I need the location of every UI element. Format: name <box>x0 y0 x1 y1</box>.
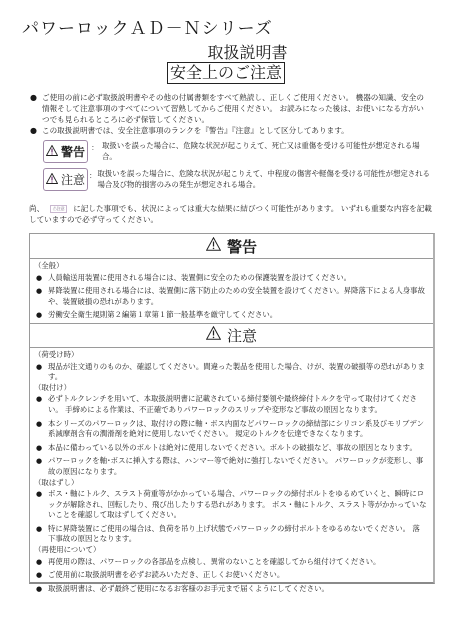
legend-colon: ： <box>88 139 102 153</box>
bullet-icon: ● <box>36 419 42 430</box>
list-item: ●ボス・軸にトルク、スラスト荷重等がかかっている場合、パワーロックの締付ボルトを… <box>34 489 427 521</box>
warning-badge: 警告 <box>43 140 88 163</box>
list-item: ●ご使用前に取扱説明書を必ずお読みいただき、正しくお使いください。 <box>34 570 427 581</box>
item-text: ご使用前に取扱説明書を必ずお読みいただき、正しくお使いください。 <box>48 570 284 579</box>
intro-item: ● この取扱説明書では、安全注意事項のランクを『警告』『注意』として区分してあり… <box>30 125 430 136</box>
category-label: （再使用について） <box>34 545 427 556</box>
list-item: ●必ずトルクレンチを用いて、本取扱説明書に記載されている締付要領や最終締付トルク… <box>34 394 427 415</box>
note-text: に記した事項でも、状況によっては重大な結果に結びつく可能性があります。 いずれも… <box>29 204 432 224</box>
bullet-icon: ● <box>30 125 37 136</box>
item-text: 昇降装置に使用される場合には、装置側に落下防止のための安全装置を設けてください。… <box>48 286 425 306</box>
intro-section: ● ご使用の前に必ず取扱説明書やその他の付属書類をすべて熟読し、正しくご使用くだ… <box>30 92 430 136</box>
list-item: ●現品が注文通りのものか、確認してください。間違った製品を使用した場合、けが、装… <box>34 362 427 383</box>
list-item: ●労働安全衛生規則第２編第１章第１節一般基準を厳守してください。 <box>34 310 427 321</box>
bullet-icon: ● <box>36 456 42 467</box>
bullet-icon: ● <box>36 310 42 321</box>
category-label: （取はずし） <box>34 478 427 489</box>
intro-text: この取扱説明書では、安全注意事項のランクを『警告』『注意』として区分してあります… <box>42 126 349 135</box>
bullet-icon: ● <box>36 584 42 595</box>
item-text: ボス・軸にトルク、スラスト荷重等がかかっている場合、パワーロックの締付ボルトをゆ… <box>48 489 426 519</box>
category-label: （取付け） <box>34 383 427 394</box>
caution-definition: 取扱いを誤った場合に、危険な状況が起こりえて、中程度の傷害や軽傷を受ける可能性が… <box>97 167 433 190</box>
legend-colon: ： <box>88 167 97 181</box>
note-paragraph: 尚、⚠注意に記した事項でも、状況によっては重大な結果に結びつく可能性があります。… <box>29 203 434 225</box>
list-item: ●人員輸送用装置に使用される場合には、装置側に安全のための保護装置を設けてくださ… <box>34 273 427 284</box>
warning-triangle-icon <box>46 145 58 159</box>
list-item: ●特に昇降装置にご使用の場合は、負荷を吊り上げ状態でパワーロックの締付ボルトをゆ… <box>34 524 427 545</box>
manual-title: 取扱説明書 <box>0 40 455 63</box>
item-text: 人員輸送用装置に使用される場合には、装置側に安全のための保護装置を設けてください… <box>48 273 351 282</box>
item-text: 現品が注文通りのものか、確認してください。間違った製品を使用した場合、けが、装置… <box>48 362 425 382</box>
item-text: 労働安全衛生規則第２編第１章第１節一般基準を厳守してください。 <box>48 310 277 319</box>
safety-precautions-title: 安全上のご注意 <box>167 62 285 84</box>
category-label: （荷受け時） <box>34 350 427 361</box>
warning-definition: 取扱いを誤った場合に、危険な状況が起こりえて、死亡又は重傷を受ける可能性が想定さ… <box>102 139 433 162</box>
item-text: 取扱説明書は、必ず最終ご使用になるお客様のお手元まで届くようにしてください。 <box>48 584 329 593</box>
warning-triangle-icon <box>206 326 221 344</box>
item-text: 再使用の際は、パワーロックの各部品を点検し、異常のないことを確認してから組付けて… <box>48 557 380 566</box>
precautions-box: 警告 （全般） ●人員輸送用装置に使用される場合には、装置側に安全のための保護装… <box>29 233 435 584</box>
bullet-icon: ● <box>36 570 42 581</box>
warning-triangle-icon <box>206 237 221 255</box>
bullet-icon: ● <box>36 273 42 284</box>
caution-badge: 注意 <box>43 168 88 191</box>
list-item: ●パワーロックを軸･ボスに挿入する際は、ハンマー等で絶対に強打しないでください。… <box>34 456 427 477</box>
caution-mini-icon: ⚠注意 <box>50 205 67 213</box>
warning-body: （全般） ●人員輸送用装置に使用される場合には、装置側に安全のための保護装置を設… <box>30 259 433 323</box>
warning-label: 警告 <box>61 143 85 160</box>
intro-item: ● ご使用の前に必ず取扱説明書やその他の付属書類をすべて熟読し、正しくご使用くだ… <box>30 92 430 125</box>
item-text: 特に昇降装置にご使用の場合は、負荷を吊り上げ状態でパワーロックの締付ボルトをゆる… <box>48 524 420 544</box>
list-item: ●本品に備わっている以外のボルトは絶対に使用しないでください。ボルトの破損など、… <box>34 443 427 454</box>
caution-heading-label: 注意 <box>227 325 257 346</box>
category-label: （全般） <box>34 261 427 272</box>
bullet-icon: ● <box>36 489 42 500</box>
severity-legend: 警告 ： 取扱いを誤った場合に、危険な状況が起こりえて、死亡又は重傷を受ける可能… <box>43 139 433 195</box>
legend-row-caution: 注意 ： 取扱いを誤った場合に、危険な状況が起こりえて、中程度の傷害や軽傷を受け… <box>43 167 433 195</box>
item-text: 本品に備わっている以外のボルトは絶対に使用しないでください。ボルトの破損など、事… <box>48 443 417 452</box>
item-text: 必ずトルクレンチを用いて、本取扱説明書に記載されている締付要領や最終締付トルクを… <box>48 394 417 414</box>
bullet-icon: ● <box>36 286 42 297</box>
list-item: ●本シリーズのパワーロックは、取付けの際に軸・ボス内面などパワーロックの締結部に… <box>34 419 427 440</box>
list-item: ●再使用の際は、パワーロックの各部品を点検し、異常のないことを確認してから組付け… <box>34 557 427 568</box>
bullet-icon: ● <box>30 92 37 103</box>
caution-body: （荷受け時） ●現品が注文通りのものか、確認してください。間違った製品を使用した… <box>30 348 433 596</box>
warning-heading: 警告 <box>30 234 433 259</box>
warning-heading-label: 警告 <box>227 236 257 257</box>
intro-text: ご使用の前に必ず取扱説明書やその他の付属書類をすべて熟読し、正しくご使用ください… <box>42 93 424 124</box>
bullet-icon: ● <box>36 362 42 373</box>
bullet-icon: ● <box>36 394 42 405</box>
series-title: パワーロックＡＤ－Ｎシリーズ <box>22 14 273 39</box>
bullet-icon: ● <box>36 524 42 535</box>
list-item: ●昇降装置に使用される場合には、装置側に落下防止のための安全装置を設けてください… <box>34 286 427 307</box>
note-prefix: 尚、 <box>29 204 44 213</box>
legend-row-warning: 警告 ： 取扱いを誤った場合に、危険な状況が起こりえて、死亡又は重傷を受ける可能… <box>43 139 433 167</box>
list-item: ●取扱説明書は、必ず最終ご使用になるお客様のお手元まで届くようにしてください。 <box>34 584 427 595</box>
bullet-icon: ● <box>36 557 42 568</box>
caution-heading: 注意 <box>30 323 433 348</box>
item-text: パワーロックを軸･ボスに挿入する際は、ハンマー等で絶対に強打しないでください。 … <box>48 456 423 476</box>
warning-triangle-icon <box>46 173 58 187</box>
item-text: 本シリーズのパワーロックは、取付けの際に軸・ボス内面などパワーロックの締結部にシ… <box>48 419 424 439</box>
caution-label: 注意 <box>61 171 85 188</box>
bullet-icon: ● <box>36 443 42 454</box>
